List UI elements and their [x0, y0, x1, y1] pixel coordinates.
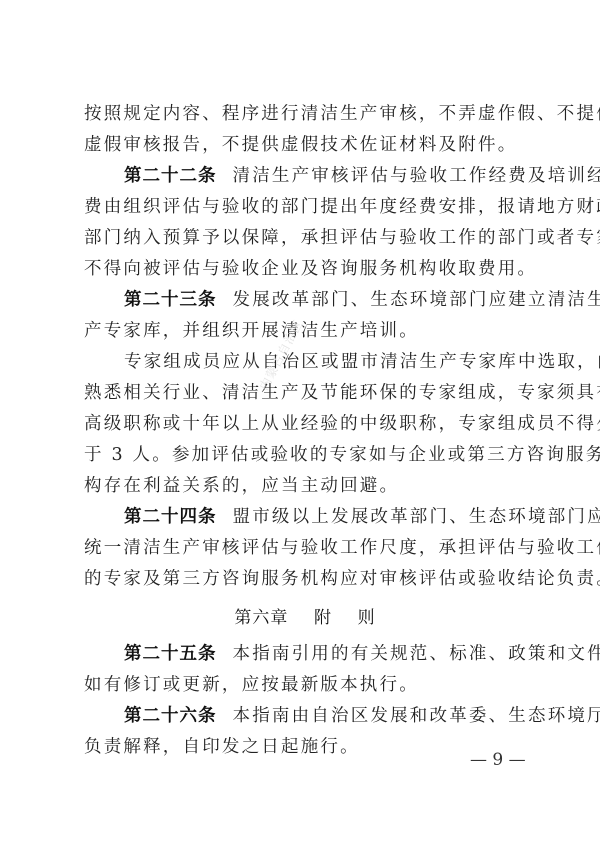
document-page: 按照规定内容、程序进行清洁生产审核，不弄虚作假、不提供 虚假审核报告，不提供虚假… [84, 99, 526, 763]
text-line: 不得向被评估与验收企业及咨询服务机构收取费用。 [84, 254, 526, 285]
text-line: 构存在利益关系的，应当主动回避。 [84, 471, 526, 502]
article-24: 第二十四条盟市级以上发展改革部门、生态环境部门应 统一清洁生产审核评估与验收工作… [84, 502, 526, 595]
text-line: 负责解释，自印发之日起施行。 [84, 732, 526, 763]
page-number: — 9 — [470, 750, 526, 770]
article-26: 第二十六条本指南由自治区发展和改革委、生态环境厅 负责解释，自印发之日起施行。 [84, 701, 526, 763]
text-line: 统一清洁生产审核评估与验收工作尺度，承担评估与验收工作 [84, 533, 526, 564]
article-23: 第二十三条发展改革部门、生态环境部门应建立清洁生 产专家库，并组织开展清洁生产培… [84, 285, 526, 347]
text-line: 的专家及第三方咨询服务机构应对审核评估或验收结论负责。 [84, 564, 526, 595]
text-line: 盟市级以上发展改革部门、生态环境部门应 [233, 507, 600, 527]
text-line: 本指南引用的有关规范、标准、政策和文件， [233, 644, 600, 664]
text-line: 专家组成员应从自治区或盟市清洁生产专家库中选取，由 [84, 347, 526, 378]
text-line: 如有修订或更新，应按最新版本执行。 [84, 670, 526, 701]
text-line: 高级职称或十年以上从业经验的中级职称，专家组成员不得少 [84, 409, 526, 440]
expert-paragraph: 专家组成员应从自治区或盟市清洁生产专家库中选取，由 熟悉相关行业、清洁生产及节能… [84, 347, 526, 502]
article-number: 第二十六条 [124, 706, 217, 726]
text-line: 发展改革部门、生态环境部门应建立清洁生 [233, 290, 600, 310]
paragraph-continuation: 按照规定内容、程序进行清洁生产审核，不弄虚作假、不提供 虚假审核报告，不提供虚假… [84, 99, 526, 161]
chapter-heading: 第六章 附 则 [84, 595, 526, 639]
text-line: 产专家库，并组织开展清洁生产培训。 [84, 316, 526, 347]
text-line: 于 3 人。参加评估或验收的专家如与企业或第三方咨询服务机 [84, 440, 526, 471]
text-line: 部门纳入预算予以保障，承担评估与验收工作的部门或者专家 [84, 223, 526, 254]
text-line: 费由组织评估与验收的部门提出年度经费安排，报请地方财政 [84, 192, 526, 223]
article-number: 第二十四条 [124, 507, 217, 527]
article-22: 第二十二条清洁生产审核评估与验收工作经费及培训经 费由组织评估与验收的部门提出年… [84, 161, 526, 285]
text-line: 按照规定内容、程序进行清洁生产审核，不弄虚作假、不提供 [84, 99, 526, 130]
text-line: 本指南由自治区发展和改革委、生态环境厅 [233, 706, 600, 726]
article-number: 第二十三条 [124, 290, 217, 310]
article-25: 第二十五条本指南引用的有关规范、标准、政策和文件， 如有修订或更新，应按最新版本… [84, 639, 526, 701]
article-number: 第二十二条 [124, 166, 217, 186]
text-line: 熟悉相关行业、清洁生产及节能环保的专家组成，专家须具有 [84, 378, 526, 409]
article-number: 第二十五条 [124, 644, 217, 664]
text-line: 清洁生产审核评估与验收工作经费及培训经 [233, 166, 600, 186]
text-line: 虚假审核报告，不提供虚假技术佐证材料及附件。 [84, 130, 526, 161]
